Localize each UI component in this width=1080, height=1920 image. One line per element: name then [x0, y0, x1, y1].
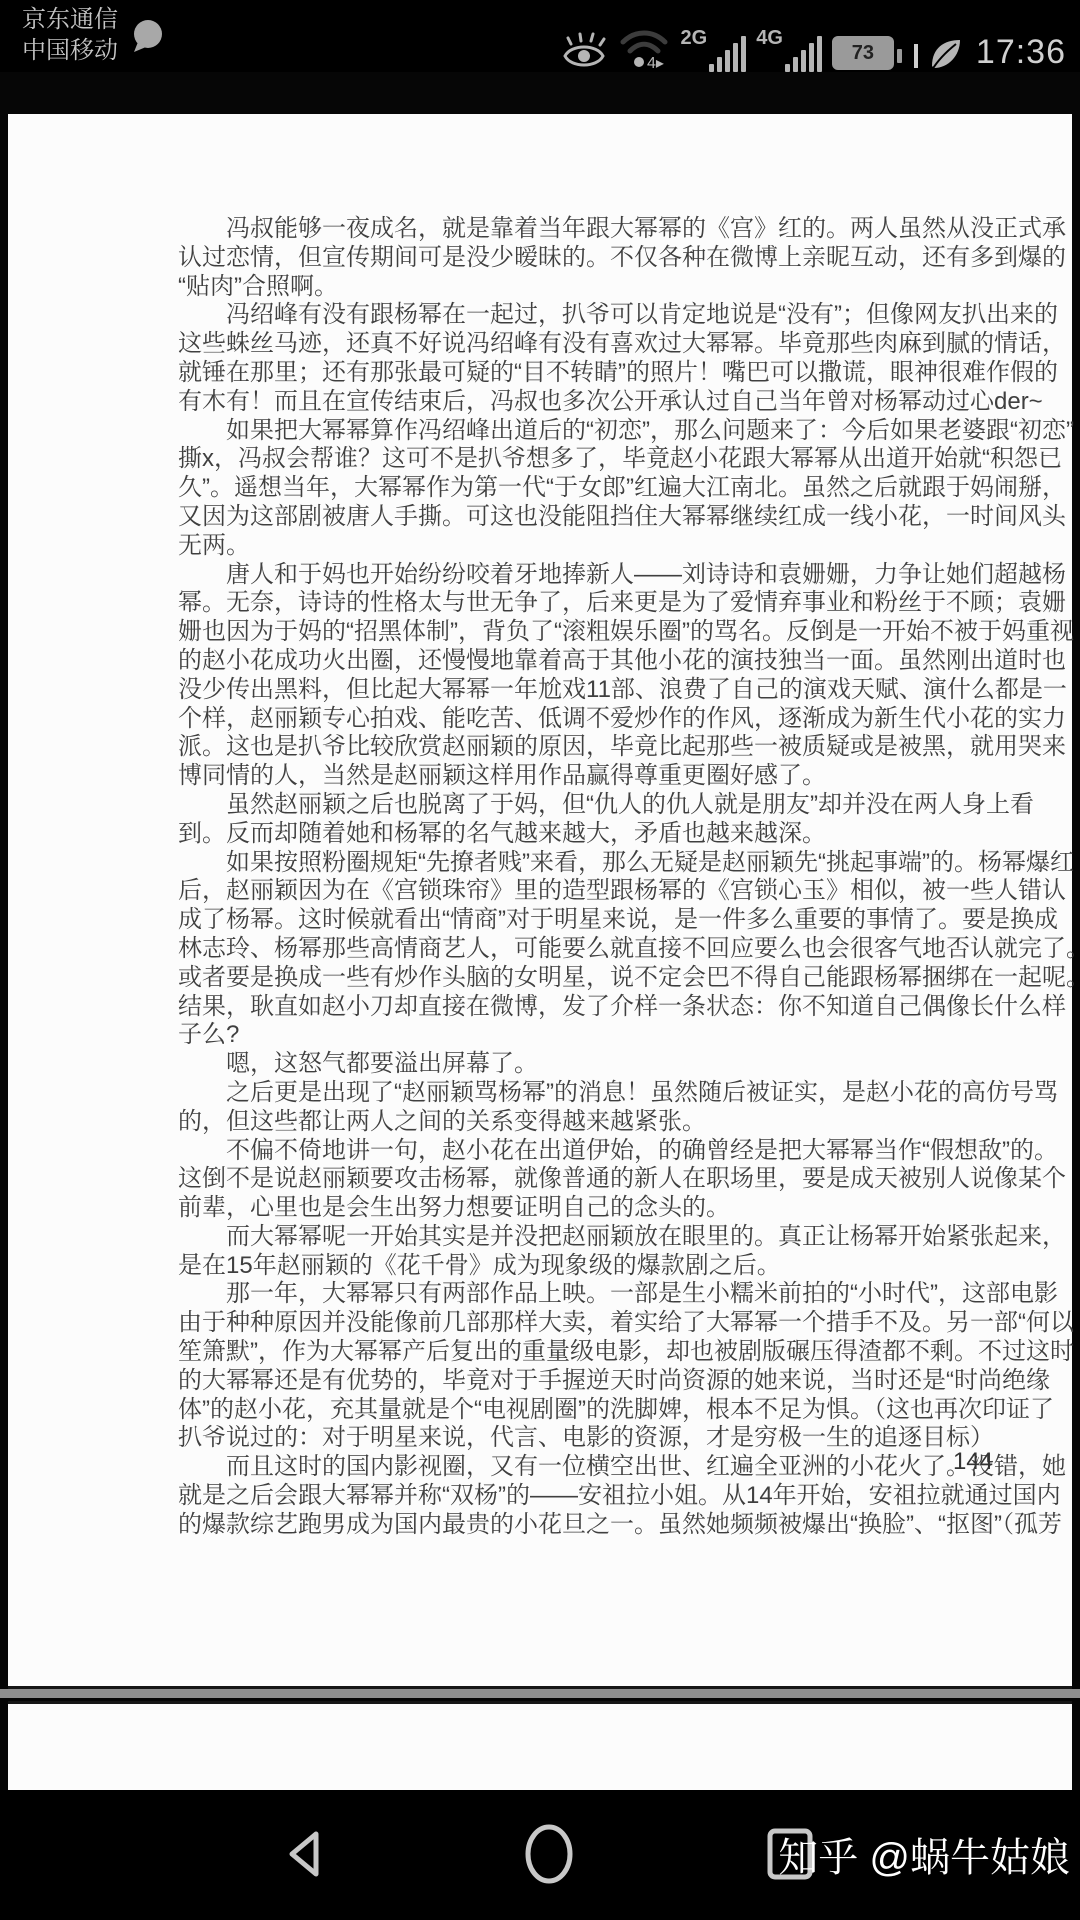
- text-line: 的大幂幂还是有优势的，毕竟对于手握逆天时尚资源的她来说，当时还是“时尚绝缘: [178, 1367, 1072, 1396]
- text-line: 到。反而却随着她和杨幂的名气越来越大，矛盾也越来越深。: [178, 820, 1072, 849]
- text-line: 这倒不是说赵丽颖要攻击杨幂，就像普通的新人在职场里，要是成天被别人说像某个: [178, 1165, 1072, 1194]
- text-line: 扒爷说过的：对于明星来说，代言、电影的资源，才是穷极一生的追逐目标）: [178, 1424, 1072, 1453]
- status-bar: 京东通信 中国移动 4▸: [0, 0, 1080, 72]
- home-icon: [521, 1822, 577, 1886]
- text-line: 冯绍峰有没有跟杨幂在一起过，扒爷可以肯定地说是“没有”；但像网友扒出来的: [178, 301, 1072, 330]
- home-button[interactable]: [509, 1814, 589, 1894]
- text-line: 林志玲、杨幂那些高情商艺人，可能要么就直接不回应要么也会很客气地否认就完了。: [178, 935, 1072, 964]
- battery-level: 73: [852, 42, 874, 65]
- carrier-line1: 京东通信: [22, 4, 118, 35]
- page-text: 冯叔能够一夜成名，就是靠着当年跟大幂幂的《宫》红的。两人虽然从没正式承认过恋情，…: [8, 114, 1072, 1540]
- text-line: 久”。遥想当年，大幂幂作为第一代“于女郎”红遍大江南北。虽然之后就跟于妈闹掰，: [178, 474, 1072, 503]
- signal-2g-bars-icon: [709, 36, 746, 72]
- text-line: 就是之后会跟大幂幂并称“双杨”的——安祖拉小姐。从14年开始，安祖拉就通过国内: [178, 1482, 1072, 1511]
- wifi-icon: 4▸: [617, 26, 671, 72]
- back-button[interactable]: [266, 1814, 346, 1894]
- text-line: 唐人和于妈也开始纷纷咬着牙地捧新人——刘诗诗和袁姗姗，力争让她们超越杨: [178, 561, 1072, 590]
- text-line: 虽然赵丽颖之后也脱离了于妈，但“仇人的仇人就是朋友”却并没在两人身上看: [178, 791, 1072, 820]
- text-line: 而且这时的国内影视圈，又有一位横空出世、红遍全亚洲的小花火了。没错，她: [178, 1453, 1072, 1482]
- text-line: 或者要是换成一些有炒作头脑的女明星，说不定会巴不得自己能跟杨幂捆绑在一起呢。: [178, 964, 1072, 993]
- text-line: 的，但这些都让两人之间的关系变得越来越紧张。: [178, 1108, 1072, 1137]
- battery-nub: [897, 49, 902, 63]
- text-line: 如果把大幂幂算作冯绍峰出道后的“初恋”，那么问题来了：今后如果老婆跟“初恋”: [178, 417, 1072, 446]
- page-number: 144: [953, 1448, 993, 1476]
- text-line: 没少传出黑料，但比起大幂幂一年尬戏11部、浪费了自己的演戏天赋、演什么都是一: [178, 676, 1072, 705]
- page-separator: [0, 1689, 1080, 1698]
- carrier-name: 京东通信 中国移动: [22, 4, 118, 66]
- text-line: 有木有！而且在宣传结束后，冯叔也多次公开承认过自己当年曾对杨幂动过心der~: [178, 388, 1072, 417]
- text-line: 后，赵丽颖因为在《宫锁珠帘》里的造型跟杨幂的《宫锁心玉》相似，被一些人错认: [178, 877, 1072, 906]
- text-line: 冯叔能够一夜成名，就是靠着当年跟大幂幂的《宫》红的。两人虽然从没正式承: [178, 215, 1072, 244]
- text-line: 就锤在那里；还有那张最可疑的“目不转睛”的照片！嘴巴可以撒谎，眼神很难作假的: [178, 359, 1072, 388]
- text-line: 博同情的人，当然是赵丽颖这样用作品赢得尊重更圈好感了。: [178, 762, 1072, 791]
- text-line: 而大幂幂呢一开始其实是并没把赵丽颖放在眼里的。真正让杨幂开始紧张起来，: [178, 1223, 1072, 1252]
- text-line: 体”的赵小花，充其量就是个“电视剧圈”的洗脚婢，根本不足为惧。（这也再次印证了: [178, 1396, 1072, 1425]
- text-line: 如果按照粉圈规矩“先撩者贱”来看，那么无疑是赵丽颖先“挑起事端”的。杨幂爆红: [178, 849, 1072, 878]
- signal-2g: 2G: [681, 36, 747, 72]
- signal-2g-label: 2G: [681, 27, 708, 50]
- carrier-line2: 中国移动: [22, 35, 118, 66]
- text-line: 认过恋情，但宣传期间可是没少暧昧的。不仅各种在微博上亲昵互动，还有多到爆的: [178, 244, 1072, 273]
- text-line: 那一年，大幂幂只有两部作品上映。一部是生小糯米前拍的“小时代”，这部电影: [178, 1280, 1072, 1309]
- zhihu-watermark: 知乎 @蜗牛姑娘: [778, 1826, 1070, 1883]
- text-line: 是在15年赵丽颖的《花千骨》成为现象级的爆款剧之后。: [178, 1252, 1072, 1281]
- text-line: 幂。无奈，诗诗的性格太与世无争了，后来更是为了爱情弃事业和粉丝于不顾；袁姗: [178, 589, 1072, 618]
- phone-screen: 京东通信 中国移动 4▸: [0, 0, 1080, 1920]
- text-line: 这些蛛丝马迹，还真不好说冯绍峰有没有喜欢过大幂幂。毕竟那些肉麻到腻的情话，: [178, 330, 1072, 359]
- battery-indicator: 73: [832, 36, 894, 70]
- text-line: 的爆款综艺跑男成为国内最贵的小花旦之一。虽然她频频被爆出“换脸”、“抠图”（孤芳: [178, 1511, 1072, 1540]
- reader-page[interactable]: 冯叔能够一夜成名，就是靠着当年跟大幂幂的《宫》红的。两人虽然从没正式承认过恋情，…: [8, 114, 1072, 1689]
- text-line: 个样，赵丽颖专心拍戏、能吃苦、低调不爱炒作的作风，逐渐成为新生代小花的实力: [178, 705, 1072, 734]
- text-line: “贴肉”合照啊。: [178, 273, 1072, 302]
- back-icon: [278, 1826, 334, 1882]
- text-line: 成了杨幂。这时候就看出“情商”对于明星来说，是一件多么重要的事情了。要是换成: [178, 906, 1072, 935]
- text-line: 不偏不倚地讲一句，赵小花在出道伊始，的确曾经是把大幂幂当作“假想敌”的。: [178, 1137, 1072, 1166]
- battery-tick: [914, 44, 918, 68]
- svg-text:4▸: 4▸: [647, 55, 664, 72]
- signal-4g-bars-icon: [785, 36, 822, 72]
- text-line: 姗也因为于妈的“招黑体制”，背负了“滚粗娱乐圈”的骂名。反倒是一开始不被于妈重视: [178, 618, 1072, 647]
- message-bubble-icon: [128, 18, 166, 56]
- text-line: 派。这也是扒爷比较欣赏赵丽颖的原因，毕竟比起那些一被质疑或是被黑，就用哭来: [178, 733, 1072, 762]
- nav-bar: 知乎 @蜗牛姑娘: [0, 1790, 1080, 1920]
- text-line: 之后更是出现了“赵丽颖骂杨幂”的消息！虽然随后被证实，是赵小花的高仿号骂: [178, 1079, 1072, 1108]
- power-saver-leaf-icon: [928, 36, 962, 72]
- text-line: 由于种种原因并没能像前几部那样大卖，着实给了大幂幂一个措手不及。另一部“何以: [178, 1309, 1072, 1338]
- status-icons: 4▸ 2G 4G 73: [561, 0, 1066, 82]
- text-line: 笙箫默”，作为大幂幂产后复出的重量级电影，却也被剧版碾压得渣都不剩。不过这时: [178, 1338, 1072, 1367]
- text-line: 结果，耿直如赵小刀却直接在微博，发了介样一条状态：你不知道自己偶像长什么样: [178, 993, 1072, 1022]
- signal-4g: 4G: [756, 36, 822, 72]
- clock-time: 17:36: [976, 33, 1066, 72]
- text-line: 前辈，心里也是会生出努力想要证明自己的念头的。: [178, 1194, 1072, 1223]
- signal-4g-label: 4G: [756, 27, 783, 50]
- next-page-preview[interactable]: [8, 1701, 1072, 1793]
- text-line: 的赵小花成功火出圈，还慢慢地靠着高于其他小花的演技独当一面。虽然刚出道时也: [178, 647, 1072, 676]
- text-line: 嗯，这怒气都要溢出屏幕了。: [178, 1050, 1072, 1079]
- eye-protection-icon: [561, 30, 607, 72]
- text-line: 撕x，冯叔会帮谁？这可不是扒爷想多了，毕竟赵小花跟大幂幂从出道开始就“积怨已: [178, 445, 1072, 474]
- text-line: 无两。: [178, 532, 1072, 561]
- text-line: 子么?: [178, 1021, 1072, 1050]
- text-line: 又因为这部剧被唐人手撕。可这也没能阻挡住大幂幂继续红成一线小花，一时间风头: [178, 503, 1072, 532]
